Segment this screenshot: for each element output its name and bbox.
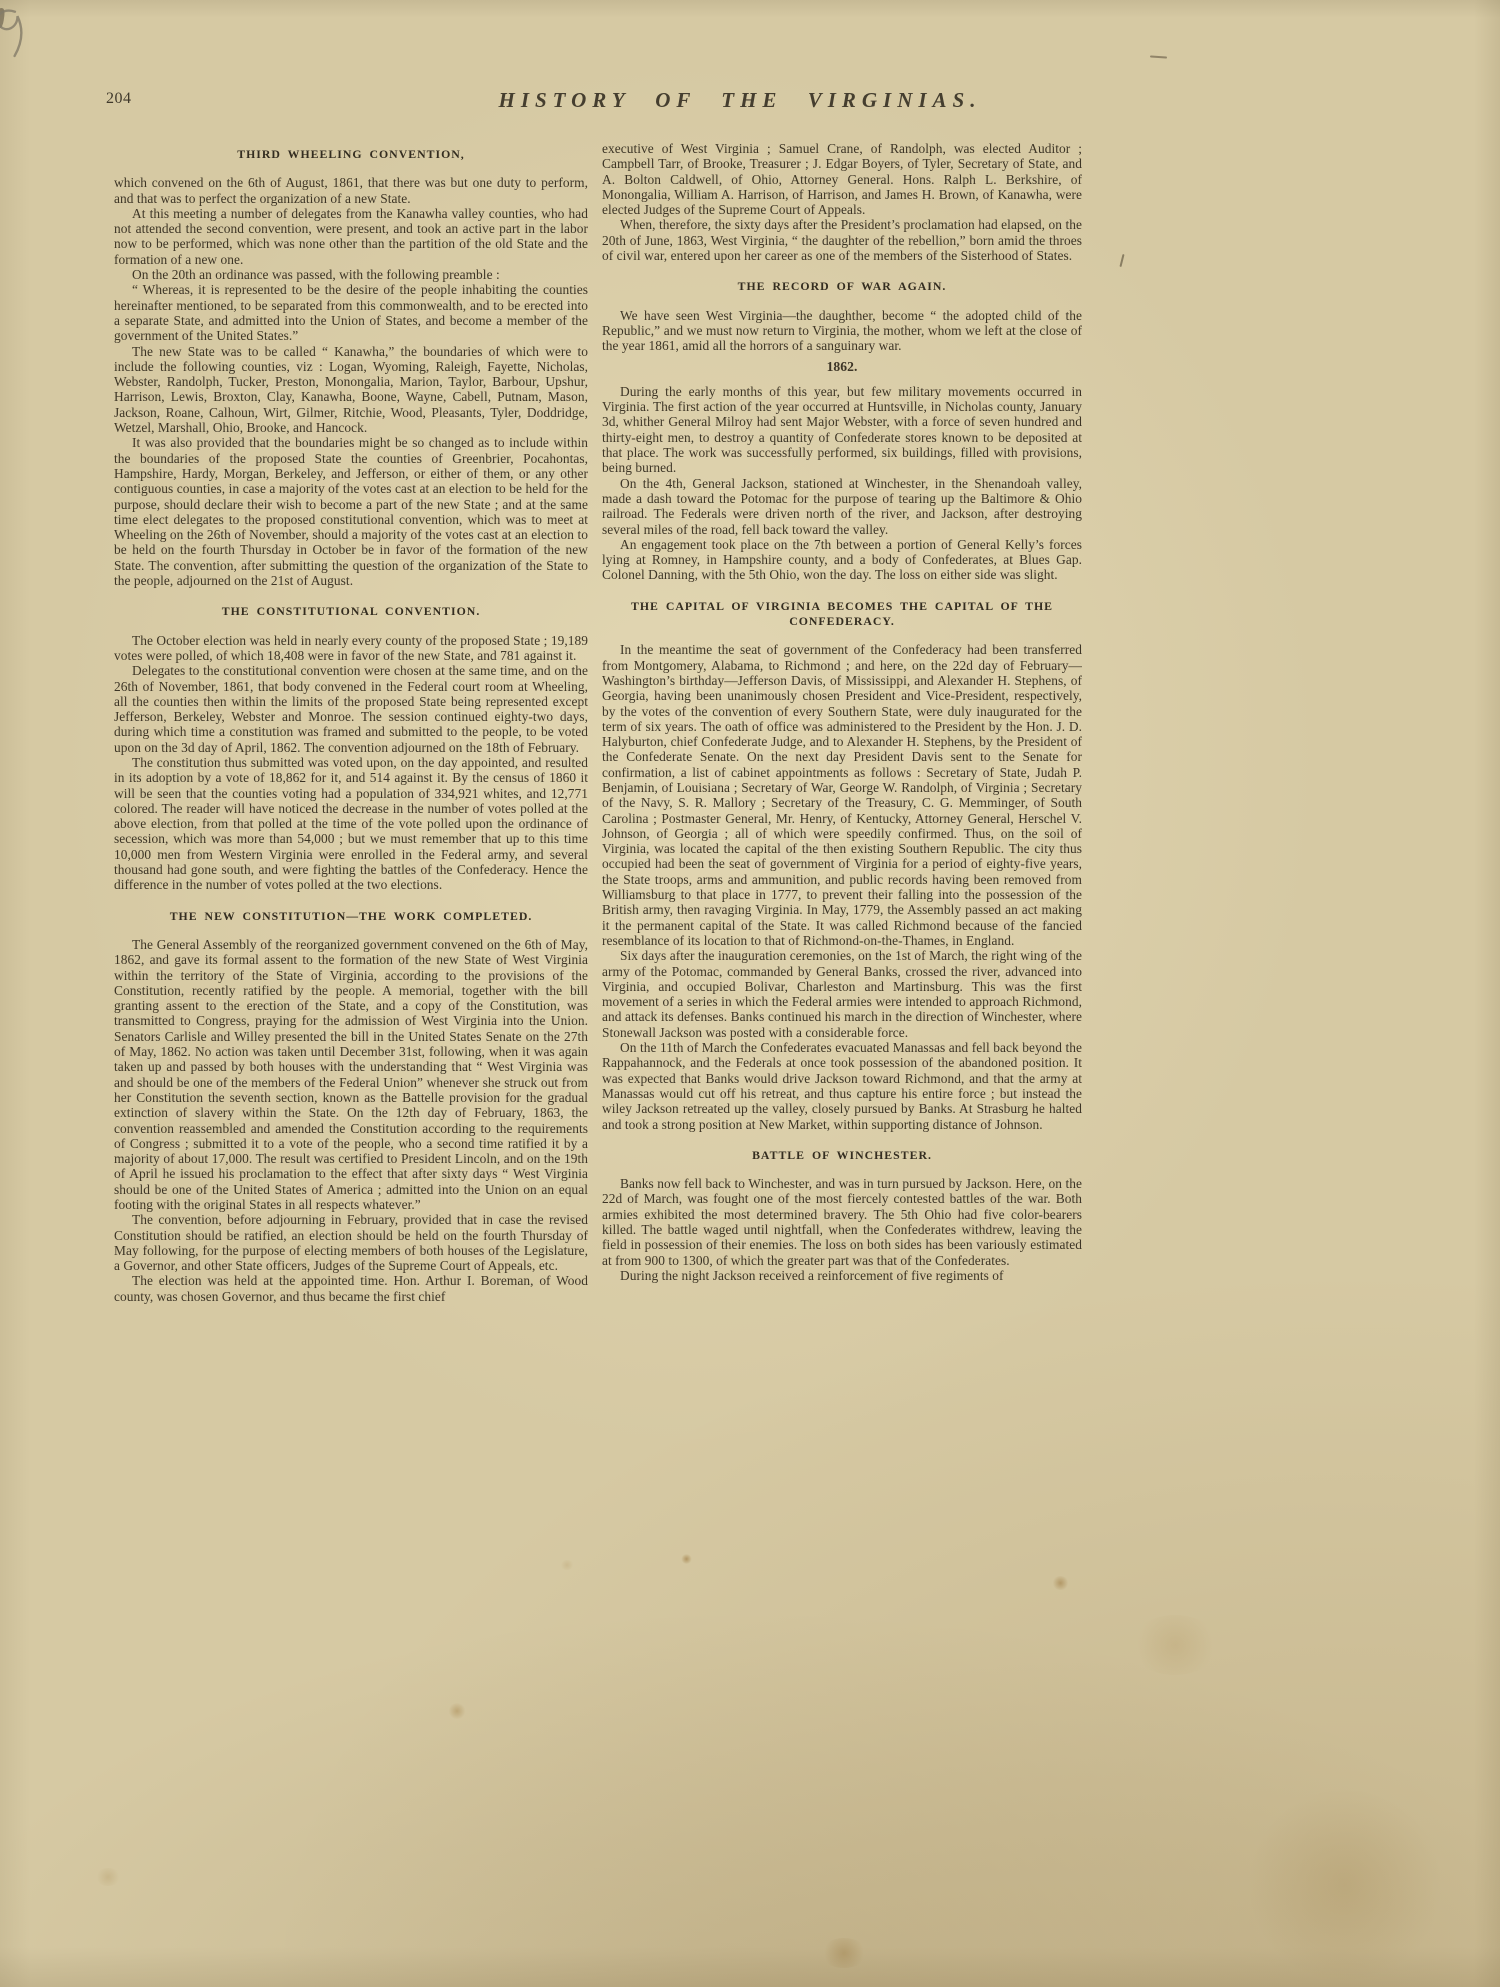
right-paragraph-6: On the 4th, General Jackson, stationed a… [602,476,1082,537]
right-section-heading-2: THE RECORD OF WAR AGAIN. [608,279,1076,294]
right-date-heading-4: 1862. [602,359,1082,374]
left-paragraph-5: The new State was to be called “ Kanawha… [114,344,588,436]
right-paragraph-13: Banks now fell back to Winchester, and w… [602,1176,1082,1268]
right-paragraph-10: Six days after the inauguration ceremoni… [602,948,1082,1040]
left-paragraph-6: It was also provided that the boundaries… [114,435,588,588]
right-paragraph-1: When, therefore, the sixty days after th… [602,217,1082,263]
foxing-stain [1230,1790,1460,1980]
right-paragraph-9: In the meantime the seat of government o… [602,642,1082,948]
left-paragraph-1: which convened on the 6th of August, 186… [114,175,588,206]
margin-dash-mark [1150,55,1167,58]
left-paragraph-8: The October election was held in nearly … [114,633,588,664]
text-columns: THIRD WHEELING CONVENTION,which convened… [114,141,1082,1304]
right-section-heading-12: BATTLE OF WINCHESTER. [608,1148,1076,1163]
pencil-squiggle-mark [0,2,43,60]
right-paragraph-5: During the early months of this year, bu… [602,384,1082,476]
foxing-stain [1130,1615,1220,1675]
foxing-stain [1052,1576,1069,1590]
left-paragraph-4: “ Whereas, it is represented to be the d… [114,282,588,343]
foxing-stain [448,1703,466,1719]
foxing-stain [95,1868,121,1886]
right-paragraph-14: During the night Jackson received a rein… [602,1268,1082,1283]
left-section-heading-11: THE NEW CONSTITUTION—THE WORK COMPLETED. [120,909,582,924]
left-column: THIRD WHEELING CONVENTION,which convened… [114,141,588,1304]
right-paragraph-0: executive of West Virginia ; Samuel Cran… [602,141,1082,217]
left-paragraph-10: The constitution thus submitted was vote… [114,755,588,893]
left-paragraph-13: The convention, before adjourning in Feb… [114,1212,588,1273]
margin-slash-mark [1119,254,1124,267]
right-paragraph-11: On the 11th of March the Confederates ev… [602,1040,1082,1132]
right-column: executive of West Virginia ; Samuel Cran… [602,141,1082,1304]
right-section-heading-8: THE CAPITAL OF VIRGINIA BECOMES THE CAPI… [608,599,1076,630]
left-section-heading-0: THIRD WHEELING CONVENTION, [120,147,582,162]
left-section-heading-7: THE CONSTITUTIONAL CONVENTION. [120,604,582,619]
left-paragraph-2: At this meeting a number of delegates fr… [114,206,588,267]
left-paragraph-3: On the 20th an ordinance was passed, wit… [114,267,588,282]
left-paragraph-14: The election was held at the appointed t… [114,1273,588,1304]
left-paragraph-12: The General Assembly of the reorganized … [114,937,588,1212]
book-page-scan: 204 HISTORY OF THE VIRGINIAS. THIRD WHEE… [0,0,1500,1987]
left-paragraph-9: Delegates to the constitutional conventi… [114,663,588,755]
right-paragraph-3: We have seen West Virginia—the daughther… [602,308,1082,354]
foxing-stain [820,1938,868,1968]
foxing-stain [560,1560,574,1570]
right-paragraph-7: An engagement took place on the 7th betw… [602,537,1082,583]
running-title: HISTORY OF THE VIRGINIAS. [0,88,1480,113]
foxing-stain [681,1554,692,1564]
